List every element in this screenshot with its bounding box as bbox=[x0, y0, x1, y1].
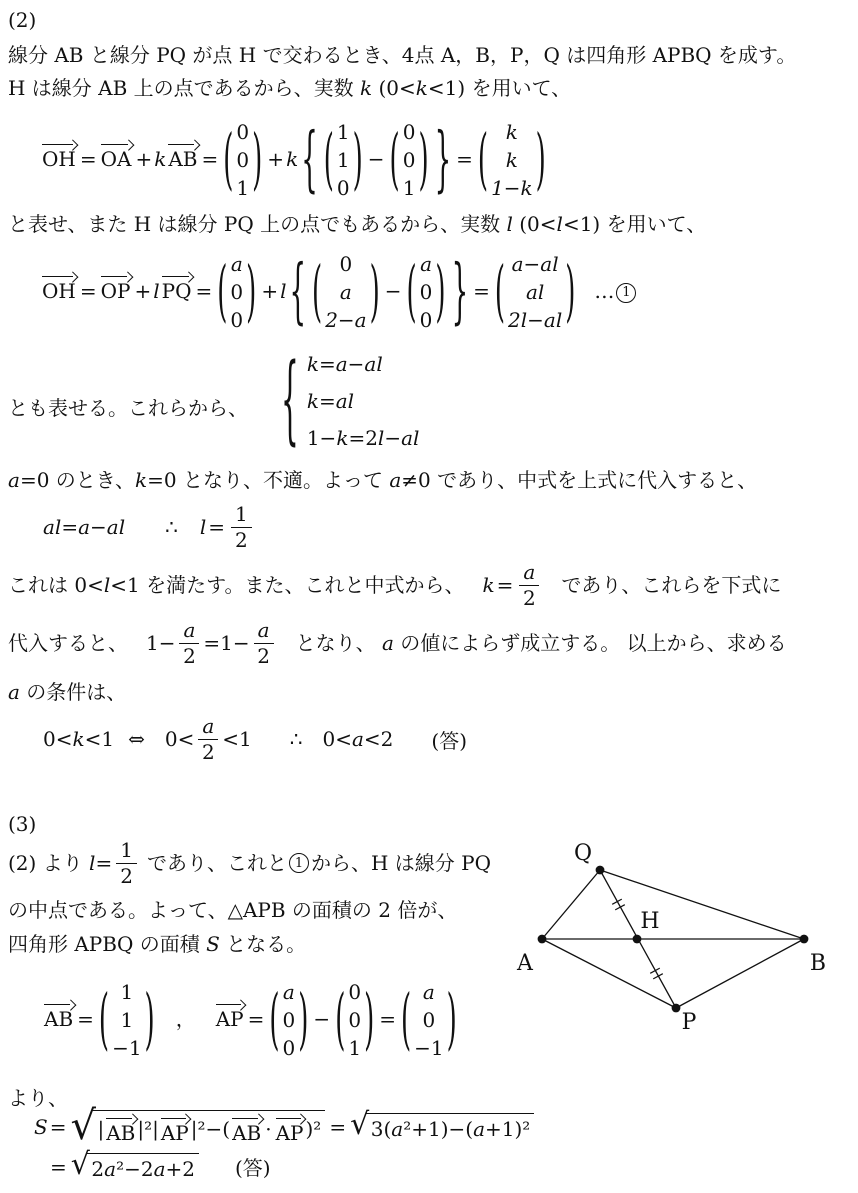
right-paren: ) bbox=[145, 987, 155, 1053]
p6-pre: 代入すると、 bbox=[8, 629, 128, 657]
vector-ab: AB bbox=[168, 140, 197, 170]
equation-system: { k=a−al k=al 1−k=2l−al bbox=[281, 352, 419, 450]
right-paren: ) bbox=[252, 127, 262, 193]
document-page: (2) 線分 AB と線分 PQ が点 H で交わるとき、4点 A，B，P，Q … bbox=[0, 0, 858, 1193]
dots: … bbox=[594, 279, 614, 303]
p5-pre: これは 0<l<1 を満たす。また、これと中式から、 bbox=[8, 571, 465, 599]
point-b bbox=[800, 935, 809, 944]
vector-ab: AB bbox=[44, 1000, 73, 1030]
column-vector-op: (a00) bbox=[217, 252, 256, 333]
equation-tag-1: 1 bbox=[616, 283, 636, 303]
equation-area-line2: =√2a²−2a+2 (答) bbox=[48, 1152, 271, 1181]
p8-pre: (2) より l= bbox=[8, 849, 112, 877]
label-a: A bbox=[516, 951, 534, 976]
paragraph-l-range: と表せ、また H は線分 PQ 上の点でもあるから、実数 l (0<l<1) を… bbox=[8, 210, 706, 238]
column-vector-oa2: (001) bbox=[390, 120, 429, 201]
scalar-l: l bbox=[200, 515, 206, 539]
reference-tag-1: 1 bbox=[289, 853, 309, 873]
column-vector-oa: (001) bbox=[223, 120, 262, 201]
paragraph-intersect: 線分 AB と線分 PQ が点 H で交わるとき、4点 A，B，P，Q は四角形… bbox=[8, 41, 796, 69]
edge-pb bbox=[676, 939, 804, 1008]
area-s: S bbox=[34, 1115, 48, 1139]
vector-oh: OH bbox=[42, 272, 76, 302]
less-one: <1 bbox=[222, 727, 251, 751]
fraction-one-half: 12 bbox=[231, 503, 252, 551]
plus-sign: + bbox=[135, 147, 152, 171]
equation-oh-oa-kab: OH=OA+kAB=(001)+k{(110)−(001)}=(kk1−k) bbox=[40, 120, 549, 201]
paragraph-a-nonzero: a=0 のとき、k=0 となり、不適。よって a≠0 であり、中式を上式に代入す… bbox=[8, 466, 757, 494]
zero-less: 0< bbox=[165, 727, 194, 751]
left-paren: ( bbox=[312, 259, 322, 325]
vector-ap: AP bbox=[161, 1114, 189, 1144]
minus-sign: − bbox=[313, 1007, 330, 1031]
vector-oh: OH bbox=[42, 140, 76, 170]
point-p bbox=[672, 1004, 681, 1013]
right-paren: ) bbox=[370, 259, 380, 325]
paragraph-midpoint: の中点である。よって、△APB の面積の 2 倍が、 bbox=[8, 896, 457, 924]
scalar-k: k bbox=[154, 147, 166, 171]
vector-oa: OA bbox=[101, 140, 132, 170]
one-minus: 1− bbox=[146, 629, 175, 657]
paragraph-cases-intro: とも表せる。これらから、 bbox=[8, 394, 248, 422]
equals-sign: = bbox=[201, 147, 218, 171]
answer-label: (答) bbox=[235, 1152, 271, 1181]
column-vector-oq: (0a2−a) bbox=[312, 252, 380, 333]
left-paren: ( bbox=[407, 259, 417, 325]
left-paren: ( bbox=[217, 259, 227, 325]
scalar-l: l bbox=[280, 279, 286, 303]
radical-sign: √ bbox=[71, 1152, 90, 1180]
paragraph-l-half: (2) より l=12 であり、これと1から、H は線分 PQ bbox=[8, 838, 491, 888]
therefore-sign: ∴ bbox=[165, 515, 178, 539]
left-brace: { bbox=[301, 125, 318, 197]
paragraph-substitute: 代入すると、 1−a2=1−a2 となり、 a の値によらず成立する。 以上から… bbox=[8, 618, 787, 668]
right-paren: ) bbox=[364, 987, 374, 1053]
right-brace: } bbox=[435, 125, 452, 197]
label-h: H bbox=[640, 909, 659, 934]
answer-label: (答) bbox=[431, 725, 467, 754]
left-paren: ( bbox=[335, 987, 345, 1053]
left-paren: ( bbox=[478, 127, 488, 193]
column-vector-ob: (110) bbox=[324, 120, 363, 201]
scalar-k: k bbox=[286, 147, 298, 171]
plus-sign: + bbox=[134, 279, 151, 303]
point-h bbox=[633, 935, 642, 944]
equals-sign: = bbox=[497, 571, 514, 599]
sqrt-expression-2: √3(a²+1)−(a+1)² bbox=[350, 1113, 534, 1141]
right-brace: } bbox=[452, 257, 469, 329]
p5-post: であり、これらを下式に bbox=[561, 571, 781, 599]
equals-sign: = bbox=[379, 1007, 396, 1031]
equation-al: al=a−al ∴ l=12 bbox=[43, 498, 256, 556]
edge-aq bbox=[542, 870, 600, 939]
equation-oh-op-lpq: OH=OP+lPQ=(a00)+l{(0a2−a)−(a00)}=(a−alal… bbox=[40, 252, 638, 333]
column-vector-oh-result: (a−alal2l−al) bbox=[495, 252, 576, 333]
p8-post: から、H は線分 PQ bbox=[311, 849, 491, 877]
label-p: P bbox=[682, 1010, 697, 1035]
left-paren: ( bbox=[324, 127, 334, 193]
cases-brace: { bbox=[281, 353, 299, 450]
right-paren: ) bbox=[435, 259, 445, 325]
right-paren: ) bbox=[418, 127, 428, 193]
k-range: 0<k<1 bbox=[43, 727, 114, 751]
vector-ap: AP bbox=[276, 1114, 304, 1144]
column-vector-ab: (11−1) bbox=[99, 980, 155, 1061]
right-paren: ) bbox=[298, 987, 308, 1053]
minus-sign: − bbox=[368, 147, 385, 171]
left-paren: ( bbox=[390, 127, 400, 193]
label-b: B bbox=[810, 951, 826, 976]
paragraph-area-s: 四角形 APBQ の面積 S となる。 bbox=[8, 930, 306, 958]
right-paren: ) bbox=[565, 259, 575, 325]
section3-label: (3) bbox=[8, 810, 36, 838]
paragraph-k-half: これは 0<l<1 を満たす。また、これと中式から、 k=a2 であり、これらを… bbox=[8, 560, 781, 610]
left-paren: ( bbox=[99, 987, 109, 1053]
scalar-k: k bbox=[483, 571, 495, 599]
system-line-3: 1−k=2l−al bbox=[307, 426, 420, 450]
dot-product-sign: · bbox=[265, 1117, 271, 1141]
left-brace: { bbox=[289, 257, 306, 329]
equals-sign: = bbox=[50, 1155, 67, 1179]
column-vector-p: (a00) bbox=[269, 980, 308, 1061]
vector-ab: AB bbox=[106, 1114, 135, 1144]
equals-one-minus: =1− bbox=[203, 629, 249, 657]
p6-post: となり、 a の値によらず成立する。 以上から、求める bbox=[296, 629, 787, 657]
fraction-a-over-2: a2 bbox=[254, 619, 274, 667]
equals-sign: = bbox=[248, 1007, 265, 1031]
vector-ab: AB bbox=[232, 1114, 261, 1144]
system-line-1: k=a−al bbox=[307, 352, 420, 376]
vector-op: OP bbox=[101, 272, 131, 302]
right-paren: ) bbox=[353, 127, 363, 193]
paragraph-k-range: H は線分 AB 上の点であるから、実数 k (0<k<1) を用いて、 bbox=[8, 74, 571, 102]
radical-sign: √ bbox=[350, 1112, 369, 1140]
equation-area-line1: S=√|AB|²|AP|²−(AB·AP)²=√3(a²+1)−(a+1)² bbox=[34, 1110, 536, 1144]
point-q bbox=[596, 866, 605, 875]
figure-quadrilateral-apbq: Q A B P H bbox=[498, 830, 852, 1070]
a-range: 0<a<2 bbox=[323, 727, 394, 751]
column-vector-oh-result: (kk1−k) bbox=[478, 120, 546, 201]
fraction-a-over-2: a2 bbox=[198, 715, 218, 763]
right-paren: ) bbox=[447, 987, 457, 1053]
iff-sign: ⇔ bbox=[128, 727, 145, 751]
p8-mid: であり、これと bbox=[147, 849, 287, 877]
therefore-sign: ∴ bbox=[290, 727, 303, 751]
minus-sign: − bbox=[385, 279, 402, 303]
paragraph-yori: より、 bbox=[8, 1084, 68, 1112]
equals-sign: = bbox=[196, 279, 213, 303]
system-line-2: k=al bbox=[307, 389, 420, 413]
fraction-one-half: 12 bbox=[116, 839, 137, 887]
equals-sign: = bbox=[50, 1115, 67, 1139]
fraction-a-over-2: a2 bbox=[179, 619, 199, 667]
left-paren: ( bbox=[223, 127, 233, 193]
edge-qb bbox=[600, 870, 804, 939]
al-equation: al=a−al bbox=[43, 515, 125, 539]
left-paren: ( bbox=[269, 987, 279, 1053]
equals-sign: = bbox=[456, 147, 473, 171]
radical-sign: √ bbox=[70, 1109, 96, 1143]
equals-sign: = bbox=[80, 147, 97, 171]
label-q: Q bbox=[574, 841, 592, 866]
plus-sign: + bbox=[261, 279, 278, 303]
equation-ab-ap: AB=(11−1)，AP=(a00)−(001)=(a0−1) bbox=[42, 980, 460, 1061]
column-vector-op2: (a00) bbox=[407, 252, 446, 333]
column-vector-ap-result: (a0−1) bbox=[401, 980, 457, 1061]
section2-label: (2) bbox=[8, 6, 36, 34]
plus-sign: + bbox=[267, 147, 284, 171]
edge-ap bbox=[542, 939, 676, 1008]
sqrt-expression-1: √|AB|²|AP|²−(AB·AP)² bbox=[70, 1110, 325, 1144]
fraction-a-over-2: a2 bbox=[519, 561, 539, 609]
equals-sign: = bbox=[473, 279, 490, 303]
column-vector-a: (001) bbox=[335, 980, 374, 1061]
vector-ap: AP bbox=[216, 1000, 244, 1030]
right-paren: ) bbox=[246, 259, 256, 325]
left-paren: ( bbox=[401, 987, 411, 1053]
equals-sign: = bbox=[77, 1007, 94, 1031]
comma: ， bbox=[176, 1007, 196, 1031]
equals-sign: = bbox=[208, 515, 225, 539]
left-paren: ( bbox=[495, 259, 505, 325]
scalar-l: l bbox=[153, 279, 159, 303]
point-a bbox=[538, 935, 547, 944]
equation-answer-2: 0<k<1 ⇔ 0<a2<1 ∴ 0<a<2 (答) bbox=[43, 710, 467, 768]
equals-sign: = bbox=[329, 1115, 346, 1139]
right-paren: ) bbox=[536, 127, 546, 193]
equals-sign: = bbox=[80, 279, 97, 303]
vector-pq: PQ bbox=[162, 272, 192, 302]
paragraph-condition: a の条件は、 bbox=[8, 678, 126, 706]
sqrt-expression-3: √2a²−2a+2 bbox=[71, 1153, 199, 1181]
